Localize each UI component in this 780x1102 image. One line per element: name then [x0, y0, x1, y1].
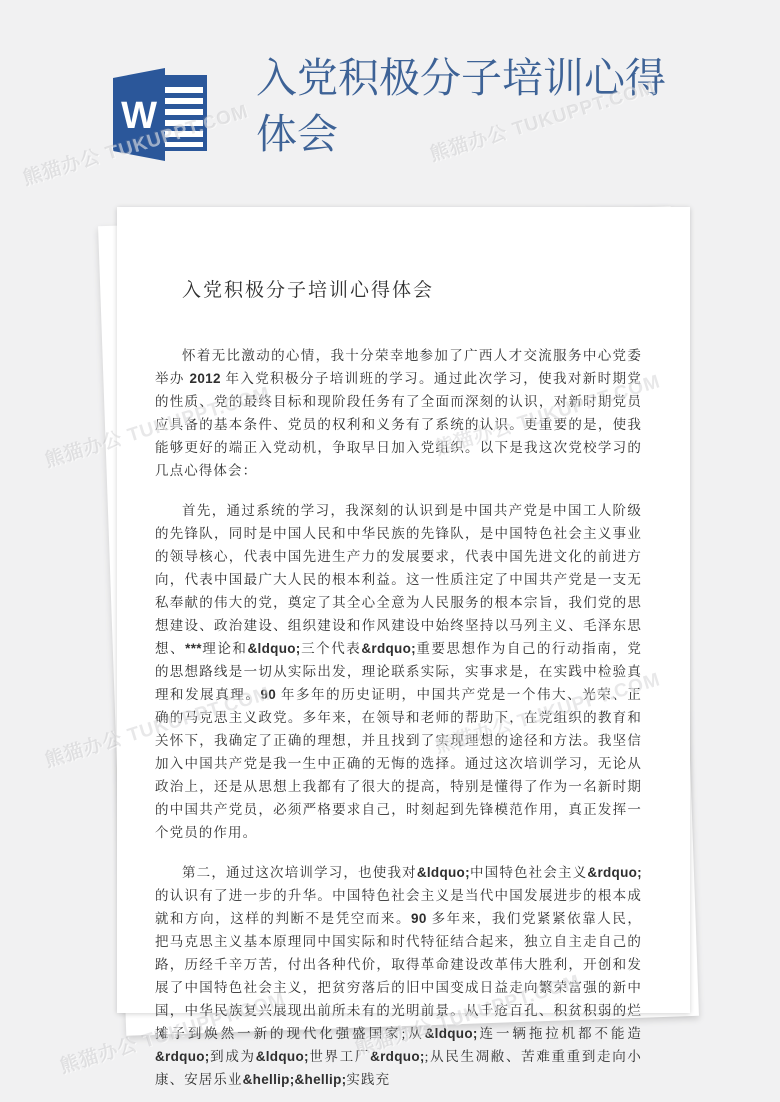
header-title: 入党积极分子培训心得体会 — [256, 50, 704, 162]
document-page: 入党积极分子培训心得体会 怀着无比激动的心情，我十分荣幸地参加了广西人才交流服务… — [117, 207, 690, 1013]
document-paragraph: 怀着无比激动的心情，我十分荣幸地参加了广西人才交流服务中心党委举办 2012 年… — [155, 344, 642, 482]
document-paragraph: 第二，通过这次培训学习，也使我对&ldquo;中国特色社会主义&rdquo;的认… — [155, 861, 642, 1091]
page-background: 熊猫办公 TUKUPPT.COM熊猫办公 TUKUPPT.COM熊猫办公 TUK… — [0, 0, 780, 1102]
header: W 入党积极分子培训心得体会 — [0, 0, 780, 195]
word-icon: W — [106, 64, 212, 164]
document-paragraphs: 怀着无比激动的心情，我十分荣幸地参加了广西人才交流服务中心党委举办 2012 年… — [155, 344, 642, 1091]
word-icon-page — [161, 75, 207, 151]
document-paragraph: 首先，通过系统的学习，我深刻的认识到是中国共产党是中国工人阶级的先锋队，同时是中… — [155, 499, 642, 844]
document-title: 入党积极分子培训心得体会 — [182, 275, 642, 302]
word-icon-letter: W — [121, 95, 157, 137]
